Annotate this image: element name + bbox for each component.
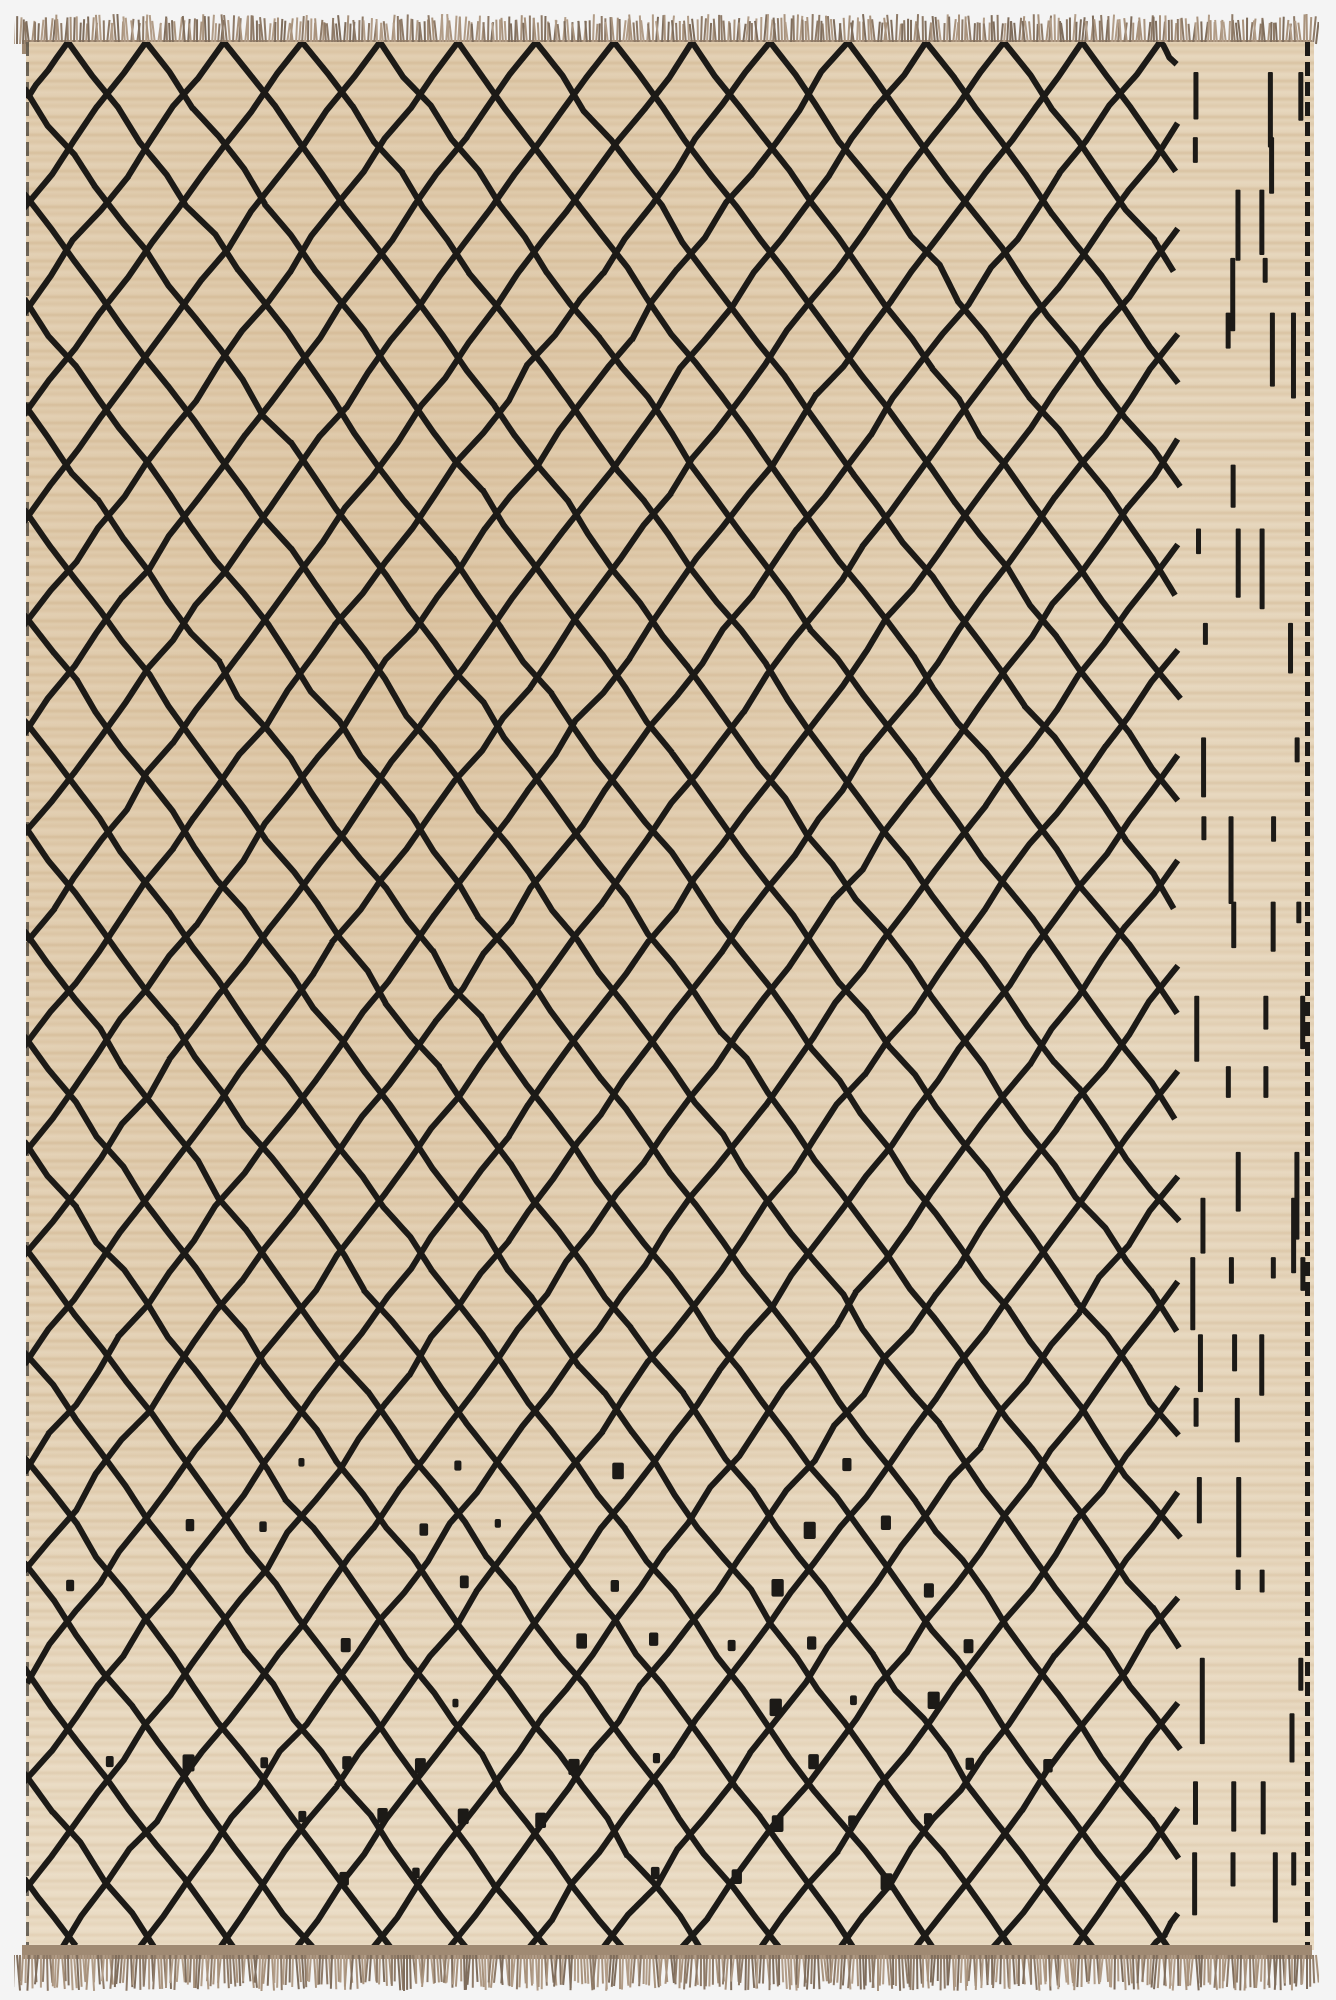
right-selvedge [1305, 42, 1310, 1950]
rug-body [26, 42, 1314, 1950]
bottom-fringe [14, 1945, 1319, 1987]
diamond-lattice-pattern [26, 42, 1314, 1950]
bottom-fringe-strands [14, 1945, 1319, 1991]
left-selvedge [26, 42, 29, 1950]
rug-photo [0, 0, 1336, 2000]
